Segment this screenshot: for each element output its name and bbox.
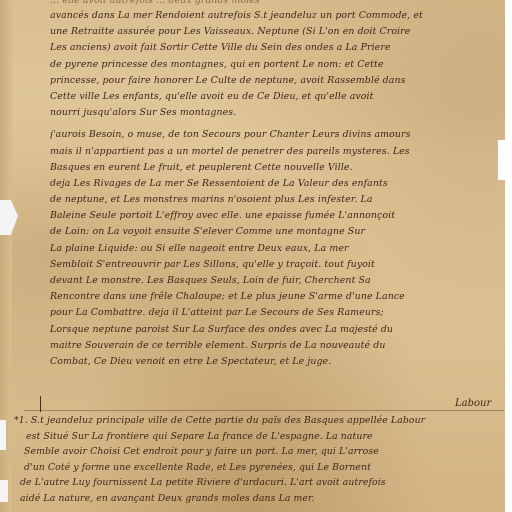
text-line: ... elle avoit autrefois ... deux grands…	[50, 0, 493, 8]
footnote-text: *1. S.t jeandeluz principale ville de Ce…	[14, 413, 493, 506]
footnote-line: Semble avoir Choisi Cet endroit pour y f…	[14, 444, 493, 460]
text-line: mais il n'appartient pas a un mortel de …	[50, 144, 493, 160]
footnote-line: de L'autre Luy fournissent La petite Riv…	[14, 475, 493, 491]
text-line: Lorsque neptune paroist Sur La Surface d…	[50, 322, 493, 338]
text-line: deja Les Rivages de La mer Se Ressentoie…	[50, 176, 493, 192]
manuscript-page: ... elle avoit autrefois ... deux grands…	[0, 0, 505, 512]
text-line: devant Le monstre. Les Basques Seuls, Lo…	[50, 273, 493, 289]
footnote-line: *1. S.t jeandeluz principale ville de Ce…	[14, 413, 493, 429]
paper-tear-right	[498, 140, 512, 180]
text-line: Les anciens) avoit fait Sortir Cette Vil…	[50, 40, 493, 56]
footnote-divider	[24, 410, 504, 411]
main-text: ... elle avoit autrefois ... deux grands…	[50, 0, 493, 370]
text-line: nourri jusqu'alors Sur Ses montagnes.	[50, 105, 493, 121]
text-line: princesse, pour faire honorer Le Culte d…	[50, 73, 493, 89]
text-line: Sembloit S'entreouvrir par Les Sillons, …	[50, 257, 493, 273]
paper-tear	[0, 200, 18, 235]
page-background-right	[505, 0, 512, 512]
paper-tear	[0, 480, 8, 502]
text-line: j'aurois Besoin, o muse, de ton Secours …	[50, 127, 493, 143]
text-line: Baleine Seule portoit L'effroy avec elle…	[50, 208, 493, 224]
text-line: maitre Souverain de ce terrible element.…	[50, 338, 493, 354]
text-line: de neptune, et Les monstres marins n'oso…	[50, 192, 493, 208]
text-line: pour La Combattre. deja il L'atteint par…	[50, 305, 493, 321]
text-line: Cette ville Les enfants, qu'elle avoit e…	[50, 89, 493, 105]
catchword: Labour	[455, 398, 491, 409]
footnote-line: d'un Coté y forme une excellente Rade, e…	[14, 460, 493, 476]
text-line: de pyrene princesse des montagnes, qui e…	[50, 57, 493, 73]
text-line: avancés dans La mer Rendoient autrefois …	[50, 8, 493, 24]
text-line: Combat, Ce Dieu venoit en etre Le Specta…	[50, 354, 493, 370]
text-line: une Retraitte assurée pour Les Vaisseaux…	[50, 24, 493, 40]
text-line: de Loin: on La voyoit ensuite S'elever C…	[50, 224, 493, 240]
text-line: Rencontre dans une frêle Chaloupe; et Le…	[50, 289, 493, 305]
paper-tear	[0, 420, 6, 450]
footnote-line: aidé La nature, en avançant Deux grands …	[14, 491, 493, 507]
text-line: Basques en eurent Le fruit, et peupleren…	[50, 160, 493, 176]
text-line: La plaine Liquide: ou Si elle nageoit en…	[50, 241, 493, 257]
footnote-line: est Situé Sur La frontiere qui Separe La…	[14, 429, 493, 445]
